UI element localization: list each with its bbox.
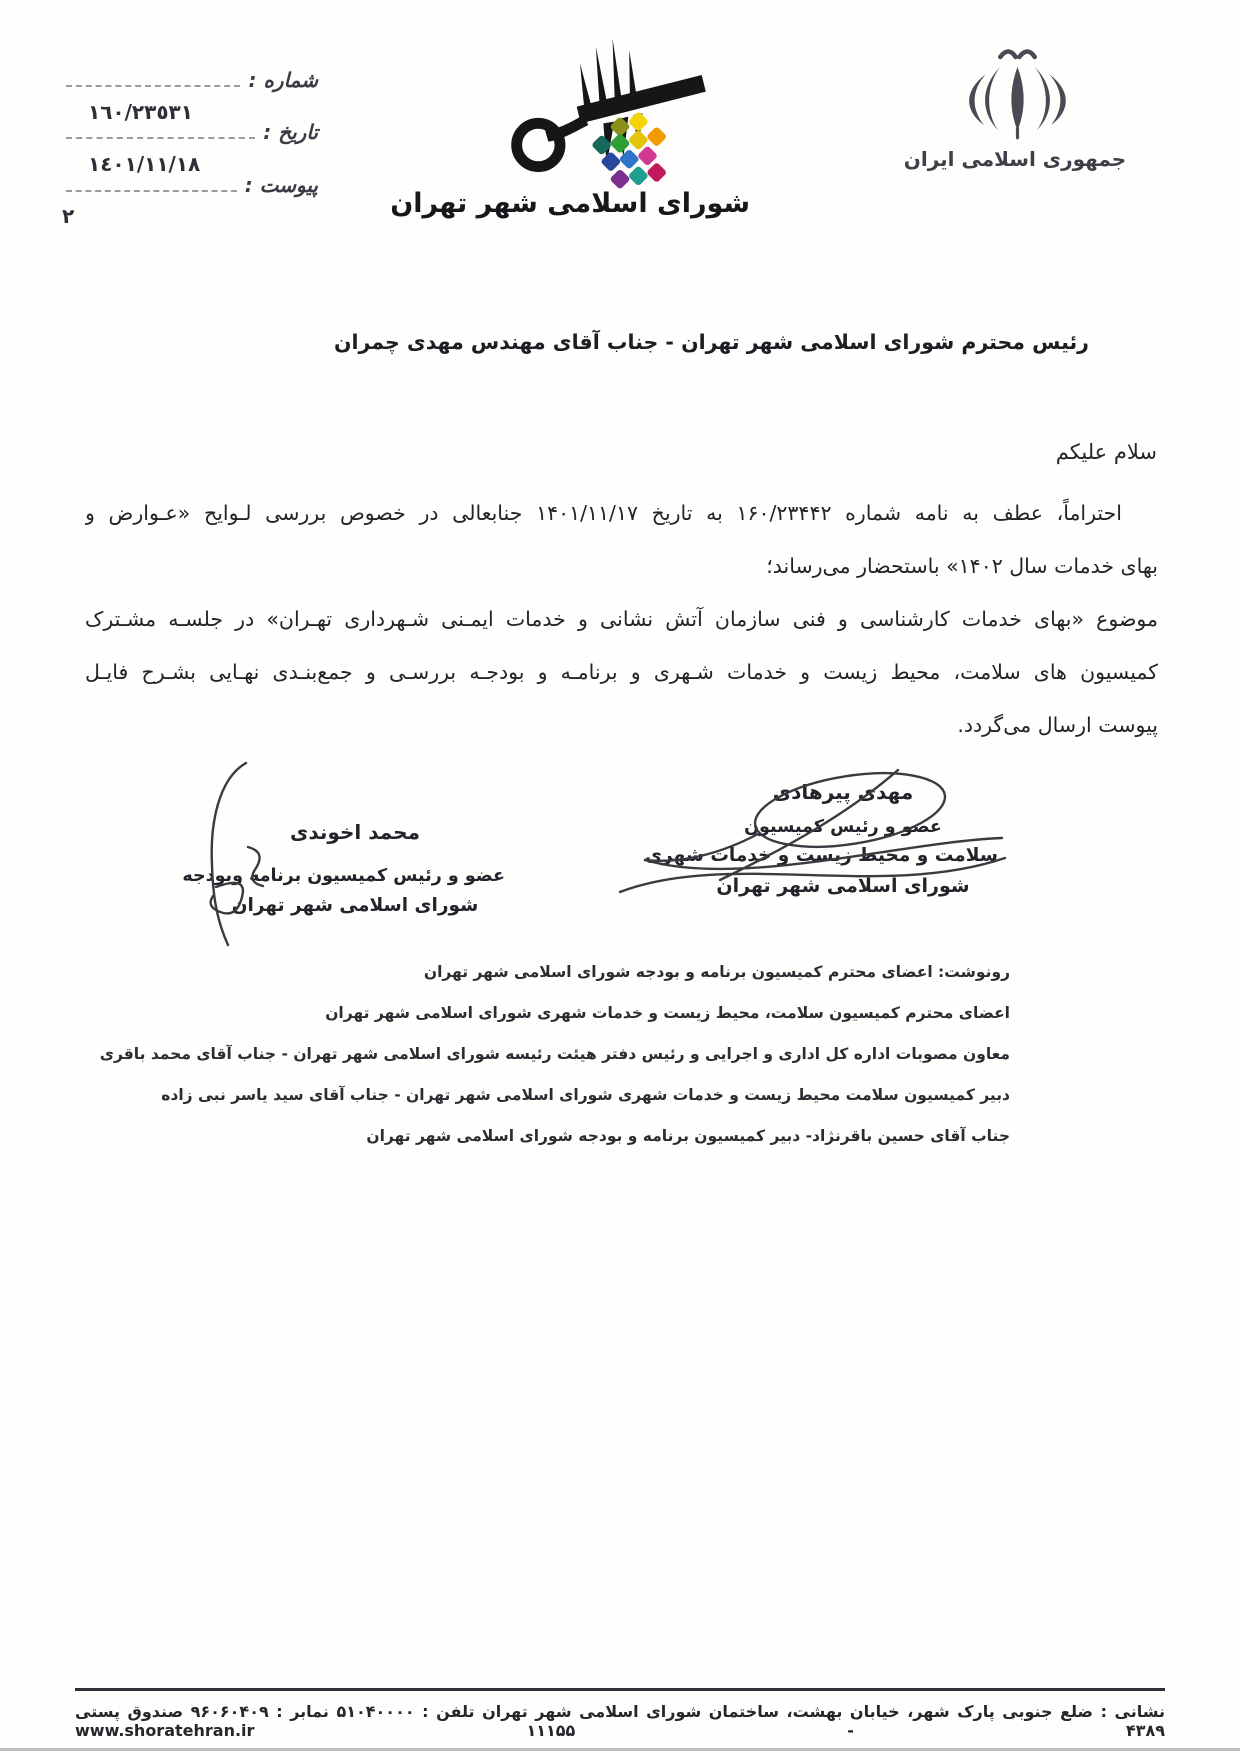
body-line: احتراماً، عطف به نامه شماره ۱۶۰/۲۳۴۴۲ به… <box>85 487 1158 540</box>
council-logo: شورای اسلامی شهر تهران <box>410 30 760 245</box>
scan-edge-line <box>0 1748 1240 1751</box>
iran-emblem-caption: جمهوری اسلامی ایران <box>895 147 1135 171</box>
dashed-line <box>66 71 240 87</box>
footer-url[interactable]: www.shoratehran.ir <box>75 1721 254 1740</box>
cc-line: جناب آقای حسین باقرنژاد- دبیر کمیسیون بر… <box>250 1116 1010 1157</box>
body-line: بهای خدمات سال ۱۴۰۲» باستحضار می‌رساند؛ <box>85 540 1158 593</box>
signer-name: مهدی پیرهادی <box>688 780 998 804</box>
footer: نشانی : ضلع جنوبی پارک شهر، خیابان بهشت،… <box>75 1702 1165 1740</box>
iran-emblem: جمهوری اسلامی ایران <box>895 45 1135 185</box>
body-line: پیوست ارسال می‌گردد. <box>85 699 1158 752</box>
cc-line: اعضای محترم کمیسیون سلامت، محیط زیست و خ… <box>250 993 1010 1034</box>
letter-body: احتراماً، عطف به نامه شماره ۱۶۰/۲۳۴۴۲ به… <box>85 487 1158 752</box>
salutation: سلام علیکم <box>1056 440 1157 464</box>
dashed-line <box>66 123 255 139</box>
serial-number-label: شماره : <box>248 68 318 92</box>
attachment-value: ٢ <box>62 204 74 228</box>
signature-block-right: مهدی پیرهادی عضو و رئیس کمیسیون سلامت و … <box>688 780 998 897</box>
letter-page: شماره : ١٦٠/٢٣٥٣١ تاریخ : ١٤٠١/١١/١٨ پیو… <box>0 0 1240 1753</box>
footer-divider <box>75 1688 1165 1691</box>
council-logo-ring <box>517 123 560 166</box>
council-logo-mark-icon <box>480 30 730 200</box>
iran-emblem-icon <box>940 47 1095 145</box>
council-logo-name: شورای اسلامی شهر تهران <box>420 188 750 219</box>
recipient-line: رئیس محترم شورای اسلامی شهر تهران - جناب… <box>334 330 1089 354</box>
signer-title: شورای اسلامی شهر تهران <box>205 895 505 916</box>
signer-title: عضو و رئیس کمیسیون برنامه وبودجه <box>205 866 505 886</box>
attachment-label: پیوست : <box>245 173 318 197</box>
cc-line: دبیر کمیسیون سلامت محیط زیست و خدمات شهر… <box>250 1075 1010 1116</box>
body-line: موضوع «بهای خدمات کارشناسی و فنی سازمان … <box>85 593 1158 646</box>
cc-list: رونوشت: اعضای محترم کمیسیون برنامه و بود… <box>250 952 1010 1157</box>
signature-block-left: محمد اخوندی عضو و رئیس کمیسیون برنامه وب… <box>205 820 505 916</box>
signer-title: سلامت و محیط زیست و خدمات شهری <box>688 845 998 866</box>
letterhead-meta: شماره : ١٦٠/٢٣٥٣١ تاریخ : ١٤٠١/١١/١٨ پیو… <box>58 60 318 240</box>
signer-name: محمد اخوندی <box>205 820 505 844</box>
cc-line: معاون مصوبات اداره کل اداری و اجرایی و ر… <box>250 1034 1010 1075</box>
body-line: کمیسیون های سلامت، محیط زیست و خدمات شـه… <box>85 646 1158 699</box>
date-label: تاریخ : <box>263 120 318 144</box>
cc-line: رونوشت: اعضای محترم کمیسیون برنامه و بود… <box>250 952 1010 993</box>
signer-title: شورای اسلامی شهر تهران <box>688 875 998 897</box>
signer-title: عضو و رئیس کمیسیون <box>688 817 998 837</box>
dashed-line <box>66 176 237 192</box>
council-logo-diamonds-icon <box>591 111 667 190</box>
